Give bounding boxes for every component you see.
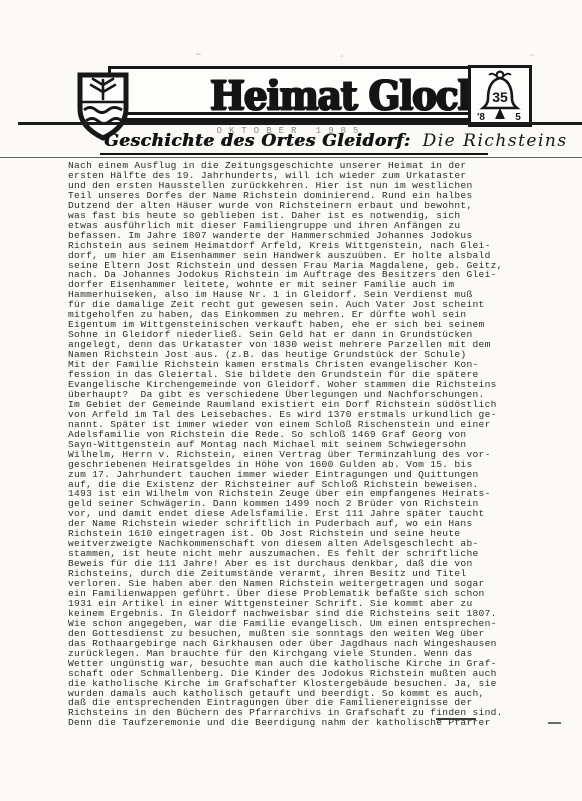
ink-underline-mark xyxy=(436,718,476,720)
issue-number: 35 xyxy=(492,89,508,105)
scan-speck xyxy=(530,54,534,56)
article-body: Nach einem Ausflug in die Zeitungsgeschi… xyxy=(68,161,528,728)
article-headline: Geschichte des Ortes Gleidorf: Die Richs… xyxy=(104,131,582,151)
masthead-rule xyxy=(18,122,582,125)
scan-speck xyxy=(340,55,343,57)
headline-underline xyxy=(100,153,488,155)
article-headline-main: Geschichte des Ortes Gleidorf: xyxy=(104,131,411,151)
masthead: Heimat Glocke 35 '8 5 xyxy=(68,66,530,126)
scanned-newsletter-page: Heimat Glocke 35 '8 5 OKTOBER 1985 Gesch… xyxy=(0,0,582,801)
article-headline-sub: Die Richsteins xyxy=(423,131,568,151)
bell-emblem-box: 35 '8 5 xyxy=(468,65,532,127)
separator-rule xyxy=(0,157,582,158)
bell-icon: 35 '8 5 xyxy=(472,69,528,123)
ink-dash-mark xyxy=(548,722,561,724)
scan-speck xyxy=(196,53,201,55)
